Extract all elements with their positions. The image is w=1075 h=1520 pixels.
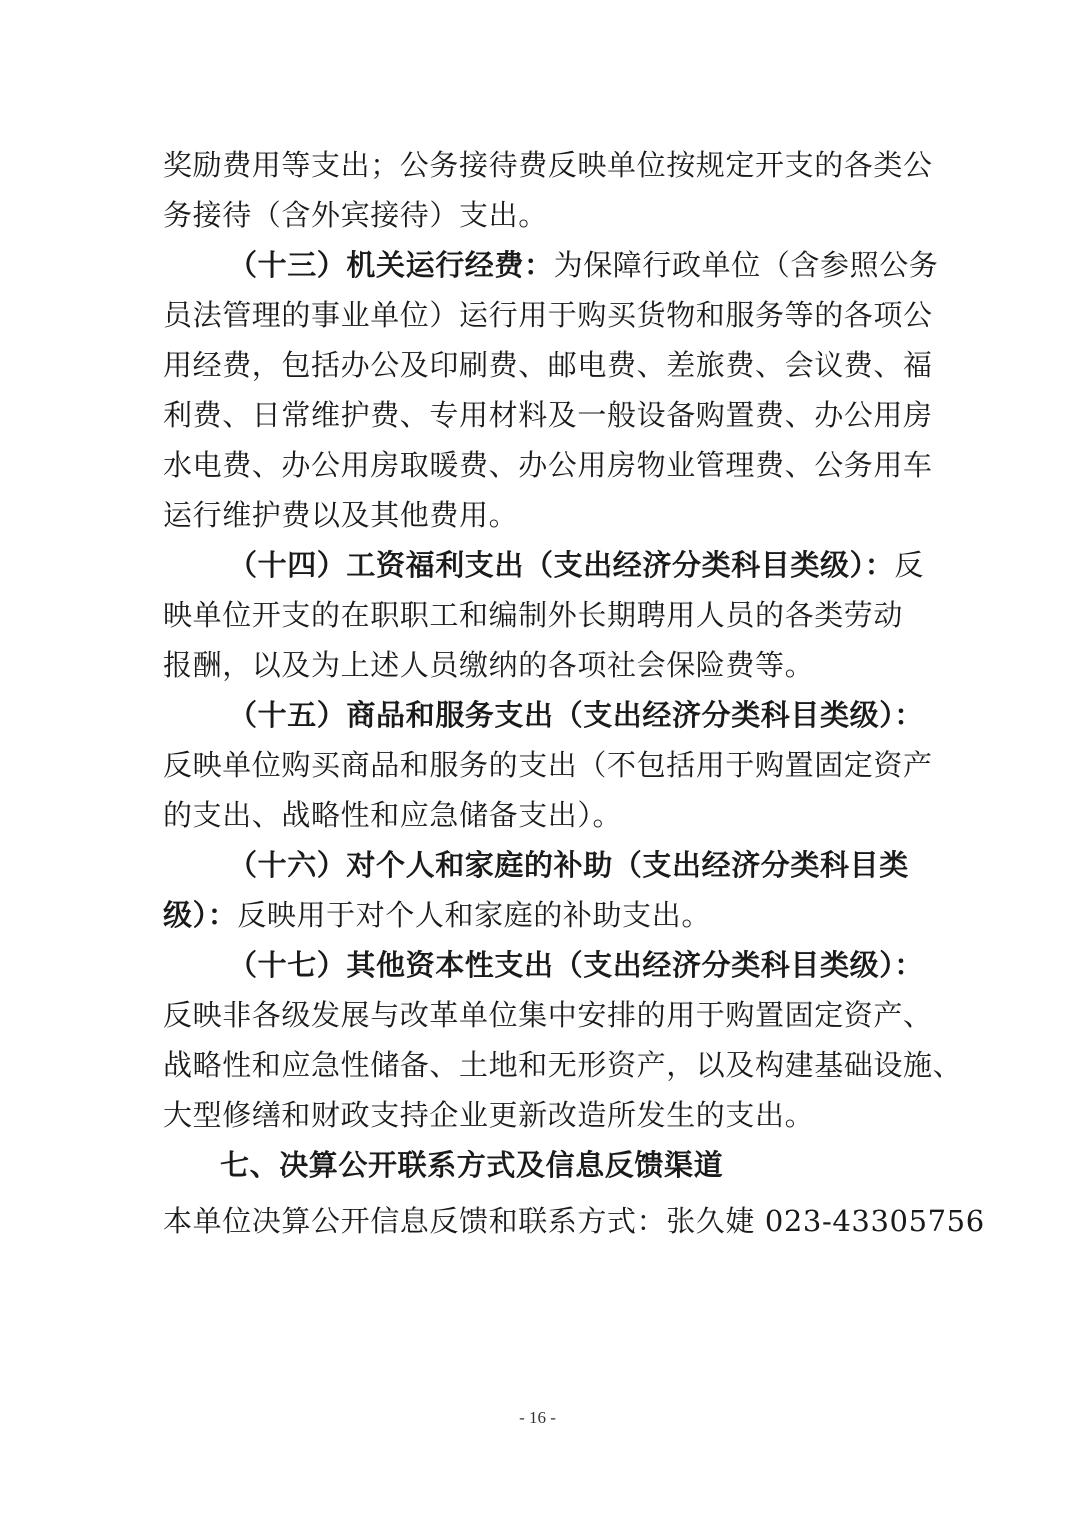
line-text: 反映非各级发展与改革单位集中安排的用于购置固定资产、 [163,998,933,1032]
line-text: 映单位开支的在职职工和编制外长期聘用人员的各类劳动 [163,598,903,632]
paragraph-line: 利费、日常维护费、专用材料及一般设备购置费、办公用房 [163,390,915,440]
line-text: 利费、日常维护费、专用材料及一般设备购置费、办公用房 [163,398,933,432]
line-text: 员法管理的事业单位）运行用于购买货物和服务等的各项公 [163,298,933,332]
line-text: 务接待（含外宾接待）支出。 [163,198,548,232]
paragraph-line: 用经费，包括办公及印刷费、邮电费、差旅费、会议费、福 [163,340,915,390]
paragraph-line: 大型修缮和财政支持企业更新改造所发生的支出。 [163,1090,915,1140]
line-text: 奖励费用等支出；公务接待费反映单位按规定开支的各类公 [163,148,933,182]
line-text: 反 [894,548,924,582]
paragraph-line: 战略性和应急性储备、土地和无形资产，以及构建基础设施、 [163,1040,915,1090]
term-label: （十三）机关运行经费： [228,248,554,282]
line-text: 为保障行政单位（含参照公务 [554,248,939,282]
term-label: （十五）商品和服务支出（支出经济分类科目类级）： [228,698,924,732]
definition-15-heading-line: （十五）商品和服务支出（支出经济分类科目类级）： [228,690,918,740]
definition-13-heading-line: （十三）机关运行经费：为保障行政单位（含参照公务 [228,240,918,290]
section-heading: 七、决算公开联系方式及信息反馈渠道 [220,1140,910,1190]
paragraph-line: 报酬，以及为上述人员缴纳的各项社会保险费等。 [163,640,915,690]
paragraph-line: 水电费、办公用房取暖费、办公用房物业管理费、公务用车 [163,440,915,490]
term-label: （十四）工资福利支出（支出经济分类科目类级）： [228,548,894,582]
paragraph-line: 反映单位购买商品和服务的支出（不包括用于购置固定资产 [163,740,915,790]
paragraph-line: 的支出、战略性和应急储备支出）。 [163,790,915,840]
line-text: 报酬，以及为上述人员缴纳的各项社会保险费等。 [163,648,814,682]
paragraph-line: 运行维护费以及其他费用。 [163,490,915,540]
page-number: - 16 - [0,1408,1075,1428]
term-label: 级）： [163,898,237,932]
line-text: 水电费、办公用房取暖费、办公用房物业管理费、公务用车 [163,448,933,482]
line-text: 反映单位购买商品和服务的支出（不包括用于购置固定资产 [163,748,933,782]
line-text: 反映用于对个人和家庭的补助支出。 [237,898,711,932]
definition-17-heading-line: （十七）其他资本性支出（支出经济分类科目类级）： [228,940,918,990]
line-text: 大型修缮和财政支持企业更新改造所发生的支出。 [163,1098,814,1132]
definition-16-heading-line: （十六）对个人和家庭的补助（支出经济分类科目类 [228,840,918,890]
term-label: （十六）对个人和家庭的补助（支出经济分类科目类 [228,848,909,882]
contact-line: 本单位决算公开信息反馈和联系方式：张久婕 023-43305756 [163,1196,915,1246]
paragraph-line: 员法管理的事业单位）运行用于购买货物和服务等的各项公 [163,290,915,340]
paragraph-line: 映单位开支的在职职工和编制外长期聘用人员的各类劳动 [163,590,915,640]
line-text: 的支出、战略性和应急储备支出）。 [163,798,622,832]
document-page: 奖励费用等支出；公务接待费反映单位按规定开支的各类公 务接待（含外宾接待）支出。… [0,0,1075,1520]
paragraph-line: 级）：反映用于对个人和家庭的补助支出。 [163,890,915,940]
line-text: 运行维护费以及其他费用。 [163,498,518,532]
paragraph-line: 务接待（含外宾接待）支出。 [163,190,915,240]
line-text: 战略性和应急性储备、土地和无形资产，以及构建基础设施、 [163,1048,962,1082]
term-label: （十七）其他资本性支出（支出经济分类科目类级）： [228,948,924,982]
definition-14-heading-line: （十四）工资福利支出（支出经济分类科目类级）：反 [228,540,918,590]
paragraph-line: 奖励费用等支出；公务接待费反映单位按规定开支的各类公 [163,140,915,190]
line-text: 用经费，包括办公及印刷费、邮电费、差旅费、会议费、福 [163,348,933,382]
paragraph-line: 反映非各级发展与改革单位集中安排的用于购置固定资产、 [163,990,915,1040]
